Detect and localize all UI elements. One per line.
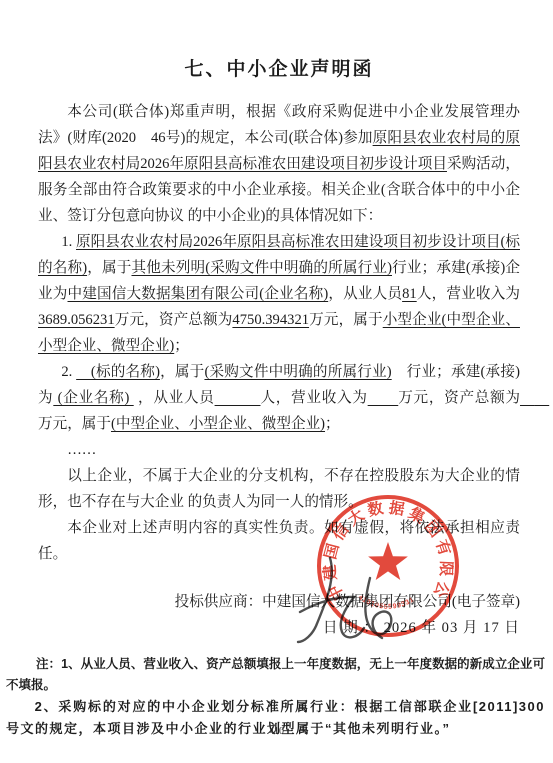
- date-line: 日 期 ： 2026 年 03 月 17 日: [38, 615, 520, 641]
- document-body: 本公司(联合体)郑重声明，根据《政府采购促进中小企业发展管理办法》(财库(202…: [38, 99, 520, 567]
- page-title: 七、中小企业声明函: [38, 56, 520, 83]
- big-enterprise-clause: 以上企业，不属于大企业的分支机构，不存在控股股东为大企业的情形，也不存在与大企业…: [38, 463, 520, 515]
- item-2-paragraph: 2. (标的名称)，属于(采购文件中明确的所属行业) 行业；承建(承接)为 (企…: [38, 359, 520, 437]
- signature-block: 投标供应商：中建国信大数据集团有限公司(电子签章) 日 期 ： 2026 年 0…: [38, 589, 520, 641]
- note-1: 注：1、从业人员、营业收入、资产总额填报上一年度数据，无上一年度数据的新成立企业…: [6, 654, 545, 696]
- supplier-signature-line: 投标供应商：中建国信大数据集团有限公司(电子签章): [38, 589, 520, 615]
- ellipsis-line: ……: [38, 437, 520, 463]
- document-content: 七、中小企业声明函 本公司(联合体)郑重声明，根据《政府采购促进中小企业发展管理…: [0, 56, 553, 740]
- document-page: 七、中小企业声明函 本公司(联合体)郑重声明，根据《政府采购促进中小企业发展管理…: [0, 0, 553, 763]
- item-1-paragraph: 1. 原阳县农业农村局2026年原阳县高标准农田建设项目初步设计项目(标的名称)…: [38, 229, 520, 359]
- truthfulness-clause: 本企业对上述声明内容的真实性负责。如有虚假，将依法承担相应责任。: [38, 515, 520, 567]
- declaration-paragraph: 本公司(联合体)郑重声明，根据《政府采购促进中小企业发展管理办法》(财库(202…: [38, 99, 520, 229]
- page-number: 410: [0, 726, 553, 737]
